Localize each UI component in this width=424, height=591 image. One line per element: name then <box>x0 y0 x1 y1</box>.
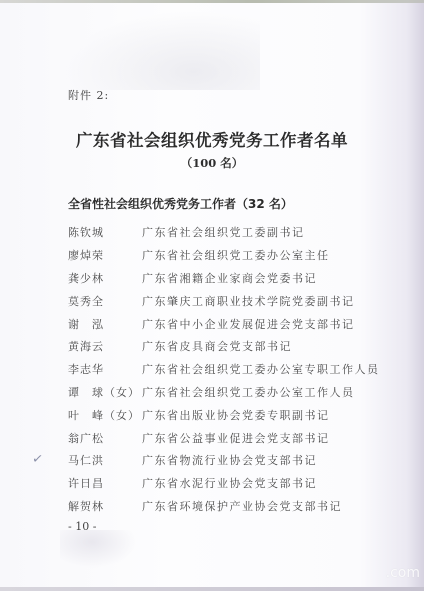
list-item: 廖焯荣 广东省社会组织党工委办公室主任 <box>68 244 380 267</box>
section-heading: 全省性社会组织优秀党务工作者（32 名） <box>68 195 293 212</box>
list-item: 陈钦城 广东省社会组织党工委副书记 <box>68 221 380 244</box>
list-item: 龚少林 广东省湘籍企业家商会党委书记 <box>68 267 380 290</box>
honoree-name: 许日昌 <box>68 475 142 491</box>
document-page: 附件 2: 广东省社会组织优秀党务工作者名单 （100 名） 全省性社会组织优秀… <box>0 0 424 591</box>
document-title: 广东省社会组织优秀党务工作者名单 <box>0 127 424 151</box>
honoree-position: 广东省社会组织党工委办公室专职工作人员 <box>142 361 380 377</box>
honoree-name: 黄海云 <box>68 338 142 354</box>
honoree-name: 龚少林 <box>68 270 142 286</box>
honoree-name: 谭 球（女） <box>68 384 142 400</box>
list-item: 叶 峰（女） 广东省出版业协会党委专职副书记 <box>68 403 380 426</box>
honoree-position: 广东省水泥行业协会党支部书记 <box>142 475 317 491</box>
list-item: 莫秀全 广东肇庆工商职业技术学院党委副书记 <box>68 289 380 312</box>
honoree-position: 广东省皮具商会党支部书记 <box>142 338 292 354</box>
honoree-name: 叶 峰（女） <box>68 407 142 423</box>
honoree-name: 谢 泓 <box>68 316 142 332</box>
honoree-position: 广东省出版业协会党委专职副书记 <box>142 407 330 423</box>
honoree-name: 李志华 <box>68 361 142 377</box>
honoree-position: 广东省公益事业促进会党支部书记 <box>142 430 330 446</box>
honoree-position: 广东省中小企业发展促进会党支部书记 <box>142 316 355 332</box>
attachment-label: 附件 2: <box>68 87 109 103</box>
honoree-position: 广东省社会组织党工委副书记 <box>142 224 305 240</box>
list-item: 翁广松 广东省公益事业促进会党支部书记 <box>68 426 380 449</box>
list-item: 谢 泓 广东省中小企业发展促进会党支部书记 <box>68 312 380 335</box>
document-subtitle: （100 名） <box>0 155 424 171</box>
page-bottom-edge <box>0 587 424 591</box>
checkmark-icon: ✓ <box>31 451 44 467</box>
paper-crease <box>60 530 140 570</box>
list-item: 李志华 广东省社会组织党工委办公室专职工作人员 <box>68 358 380 381</box>
honoree-position: 广东肇庆工商职业技术学院党委副书记 <box>142 293 355 309</box>
honoree-name: 解贺林 <box>68 498 142 514</box>
honoree-position: 广东省物流行业协会党支部书记 <box>142 452 317 468</box>
page-number: - 10 - <box>68 520 96 533</box>
honoree-position: 广东省环境保护产业协会党支部书记 <box>142 498 342 514</box>
honoree-name: 陈钦城 <box>68 224 142 240</box>
paper-crease <box>40 0 260 90</box>
honoree-name: 翁广松 <box>68 430 142 446</box>
honoree-list: 陈钦城 广东省社会组织党工委副书记 廖焯荣 广东省社会组织党工委办公室主任 龚少… <box>68 221 380 517</box>
honoree-position: 广东省社会组织党工委办公室工作人员 <box>142 384 355 400</box>
list-item: 谭 球（女） 广东省社会组织党工委办公室工作人员 <box>68 381 380 404</box>
page-top-edge <box>0 0 424 3</box>
honoree-name: 莫秀全 <box>68 293 142 309</box>
honoree-position: 广东省湘籍企业家商会党委书记 <box>142 270 317 286</box>
watermark: .com <box>386 565 420 581</box>
honoree-position: 广东省社会组织党工委办公室主任 <box>142 247 330 263</box>
list-item: 许日昌 广东省水泥行业协会党支部书记 <box>68 472 380 495</box>
list-item: 解贺林 广东省环境保护产业协会党支部书记 <box>68 495 380 518</box>
list-item: 黄海云 广东省皮具商会党支部书记 <box>68 335 380 358</box>
honoree-name: 马仁洪 <box>68 452 142 468</box>
list-item: ✓ 马仁洪 广东省物流行业协会党支部书记 <box>68 449 380 472</box>
honoree-name: 廖焯荣 <box>68 247 142 263</box>
